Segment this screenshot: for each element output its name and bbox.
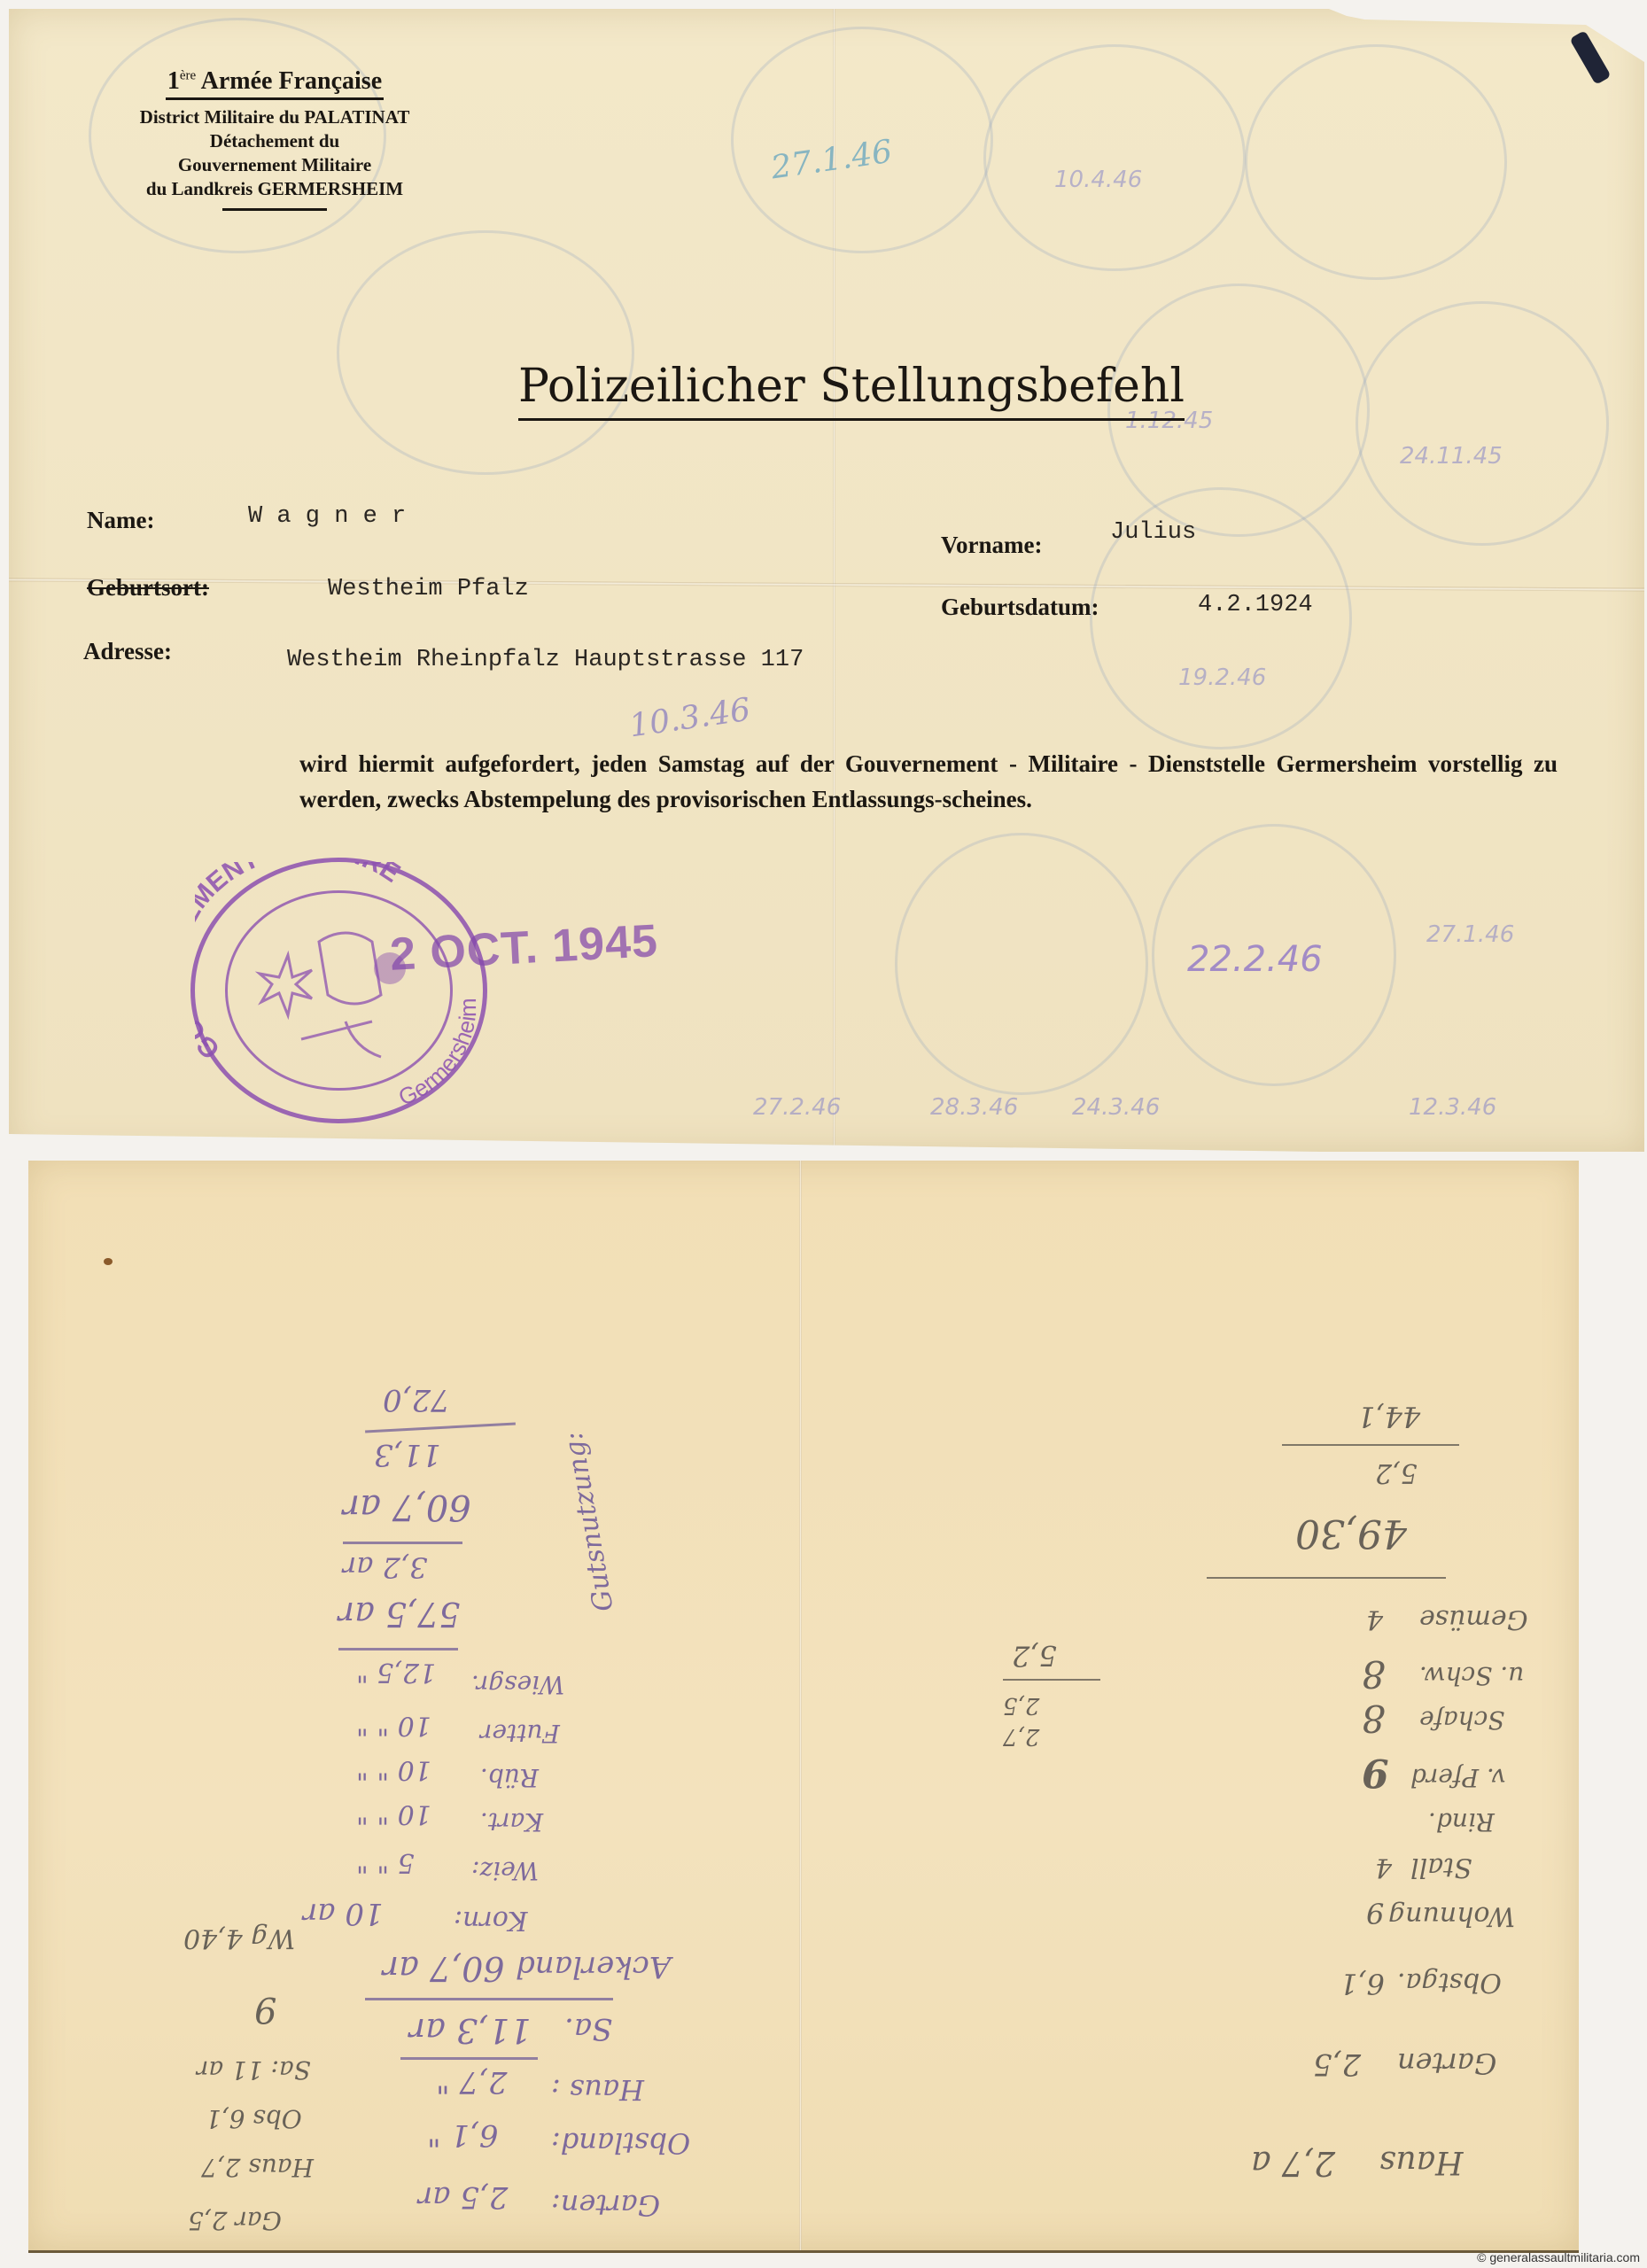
ghost-stamp [983, 44, 1246, 271]
adresse-value: Westheim Rheinpfalz Hauptstrasse 117 [287, 647, 804, 673]
faint-date: 24.3.46 [1072, 1094, 1160, 1121]
handwritten-note: Obs 6,1 [206, 2104, 302, 2133]
handwritten-note: 6,1 " [427, 2117, 499, 2153]
handwritten-rule [400, 2057, 538, 2060]
handwritten-note: 11,3 [374, 1437, 441, 1472]
ink-date-mark: 10.3.46 [627, 692, 753, 745]
faint-date: 10.4.46 [1054, 167, 1142, 193]
document-reverse-side: 72,0 11,3 60,7 ar 3,2 ar Gutsnutzung: 57… [28, 1161, 1579, 2253]
letterhead-line: District Militaire du PALATINAT [97, 105, 452, 129]
letterhead-line: Gouvernement Militaire [97, 153, 452, 177]
handwritten-note: u. Schw. [1419, 1661, 1524, 1690]
handwritten-note: Obstland: [551, 2126, 690, 2160]
faint-date: 24.11.45 [1400, 443, 1503, 470]
handwritten-note: 9 [1362, 1750, 1389, 1795]
handwritten-rule [1207, 1577, 1446, 1579]
letterhead-line: Détachement du [97, 129, 452, 153]
handwritten-note: 3,2 ar [343, 1550, 427, 1584]
handwritten-note: Garten: [551, 2188, 660, 2222]
handwritten-note: Rüb. [480, 1763, 539, 1792]
ghost-stamp [1245, 44, 1507, 280]
handwritten-note: 10 " " [356, 1754, 431, 1785]
handwritten-note: 4 [1375, 1852, 1392, 1883]
handwritten-note: 2,5 [1313, 2047, 1361, 2082]
handwritten-note: Haus [1379, 2144, 1464, 2180]
handwritten-note: 44,1 [1357, 1400, 1420, 1433]
order-text: wird hiermit aufgefordert, jeden Samstag… [299, 746, 1558, 817]
handwritten-note: 2,7 [1003, 1723, 1039, 1750]
handwritten-rule [1003, 1679, 1100, 1681]
ink-smudge [1569, 30, 1611, 85]
handwritten-note: 57,5 ar [338, 1595, 461, 1634]
stain-dot [104, 1258, 113, 1265]
handwritten-note: 2,7 " [436, 2064, 508, 2100]
adresse-label: Adresse: [83, 638, 172, 665]
faint-date: 12.3.46 [1409, 1094, 1496, 1121]
vorname-label: Vorname: [941, 532, 1043, 559]
faint-date: 28.3.46 [930, 1094, 1018, 1121]
stellungsbefehl-document: 27.1.46 10.3.46 10.4.46 1.12.45 24.11.45… [9, 9, 1644, 1152]
name-value: W a g n e r [248, 503, 406, 530]
handwritten-note: 60,7 ar [383, 1949, 505, 1988]
geburtsdatum-label: Geburtsdatum: [941, 594, 1099, 621]
seal-emblem-icon: GOUVERNEMENT MILITAIRE * Germersheim [195, 862, 483, 1119]
geburtsort-label: Geburtsort: [87, 574, 209, 602]
handwritten-note: Sa: 11 ar [197, 2055, 311, 2085]
handwritten-note: 9 [254, 1989, 276, 2030]
geburtsdatum-value: 4.2.1924 [1198, 592, 1313, 618]
handwritten-note: Wohnung [1388, 1900, 1515, 1931]
handwritten-note: v. Pferd [1410, 1763, 1505, 1792]
handwritten-note: Rind. [1428, 1807, 1495, 1837]
handwritten-note: Haus : [551, 2073, 644, 2107]
handwritten-note: Stall [1410, 1852, 1472, 1883]
faint-date: 22.2.46 [1187, 939, 1323, 980]
handwritten-note: Futter [480, 1719, 560, 1748]
handwritten-note: 11,3 ar [409, 2011, 532, 2050]
handwritten-rule [365, 1423, 516, 1433]
handwritten-note: Gutsnutzung: [558, 1429, 620, 1613]
handwritten-rule [1282, 1444, 1459, 1446]
military-government-seal: GOUVERNEMENT MILITAIRE * Germersheim [190, 858, 487, 1123]
handwritten-note: Garten [1397, 2047, 1496, 2080]
handwritten-note: Wg 4,40 [183, 1922, 295, 1953]
handwritten-note: 2,7 a [1251, 2144, 1335, 2183]
handwritten-note: Gar 2,5 [188, 2206, 282, 2235]
handwritten-note: Kart. [480, 1807, 543, 1837]
name-label: Name: [87, 507, 154, 534]
letterhead-line: du Landkreis GERMERSHEIM [97, 177, 452, 201]
handwritten-note: 72,0 [383, 1382, 450, 1417]
handwritten-note: 12,5 " [356, 1657, 436, 1688]
horizontal-fold [9, 578, 1644, 591]
faint-date: 27.2.46 [753, 1094, 841, 1121]
handwritten-note: Obstga. [1397, 1967, 1502, 1998]
handwritten-rule [338, 1648, 458, 1651]
handwritten-note: Gemüse [1419, 1604, 1528, 1635]
army-heading: 1ère Armée Française [166, 67, 384, 100]
handwritten-note: 8 [1362, 1652, 1386, 1696]
handwritten-note: Sa. [564, 2011, 612, 2047]
letterhead-rule [222, 208, 327, 211]
handwritten-note: 5,2 [1375, 1457, 1418, 1488]
handwritten-note: 8 [1362, 1697, 1386, 1740]
handwritten-rule [365, 1998, 613, 2000]
vorname-value: Julius [1110, 519, 1196, 546]
ghost-stamp [1356, 301, 1609, 546]
handwritten-note: 6,1 [1340, 1967, 1385, 2000]
handwritten-note: 49,30 [1295, 1511, 1407, 1556]
handwritten-rule [343, 1542, 462, 1544]
handwritten-note: Korn: [454, 1905, 527, 1936]
handwritten-note: 5,2 [1012, 1639, 1057, 1673]
handwritten-note: 5 " " [356, 1847, 415, 1878]
handwritten-note: 2,5 [1003, 1692, 1039, 1719]
handwritten-note: 9 [1366, 1896, 1384, 1930]
handwritten-note: 2,5 ar [418, 2179, 508, 2215]
handwritten-note: Ackerland [516, 1949, 671, 1984]
svg-text:Germersheim: Germersheim [394, 998, 481, 1111]
handwritten-note: 4 [1366, 1604, 1383, 1635]
copyright-watermark: © generalassaultmilitaria.com [1477, 2250, 1640, 2264]
vertical-fold [799, 1161, 802, 2250]
ghost-stamp [895, 833, 1148, 1095]
handwritten-note: Weiz: [471, 1856, 539, 1885]
handwritten-note: Haus 2,7 [201, 2153, 314, 2182]
handwritten-note: 10 " " [356, 1798, 431, 1829]
handwritten-note: 10 ar [303, 1896, 384, 1931]
document-title: Polizeilicher Stellungsbefehl [518, 360, 1185, 421]
faint-date: 19.2.46 [1178, 664, 1266, 691]
ghost-stamp [337, 230, 634, 475]
letterhead: 1ère Armée Française District Militaire … [97, 67, 452, 211]
handwritten-note: 10 " " [356, 1710, 431, 1741]
handwritten-note: Wiesgr. [471, 1670, 564, 1699]
handwritten-note: 60,7 ar [343, 1487, 471, 1527]
faint-date: 27.1.46 [1426, 921, 1514, 948]
geburtsort-value: Westheim Pfalz [328, 576, 529, 602]
handwritten-note: Schafe [1419, 1705, 1505, 1735]
